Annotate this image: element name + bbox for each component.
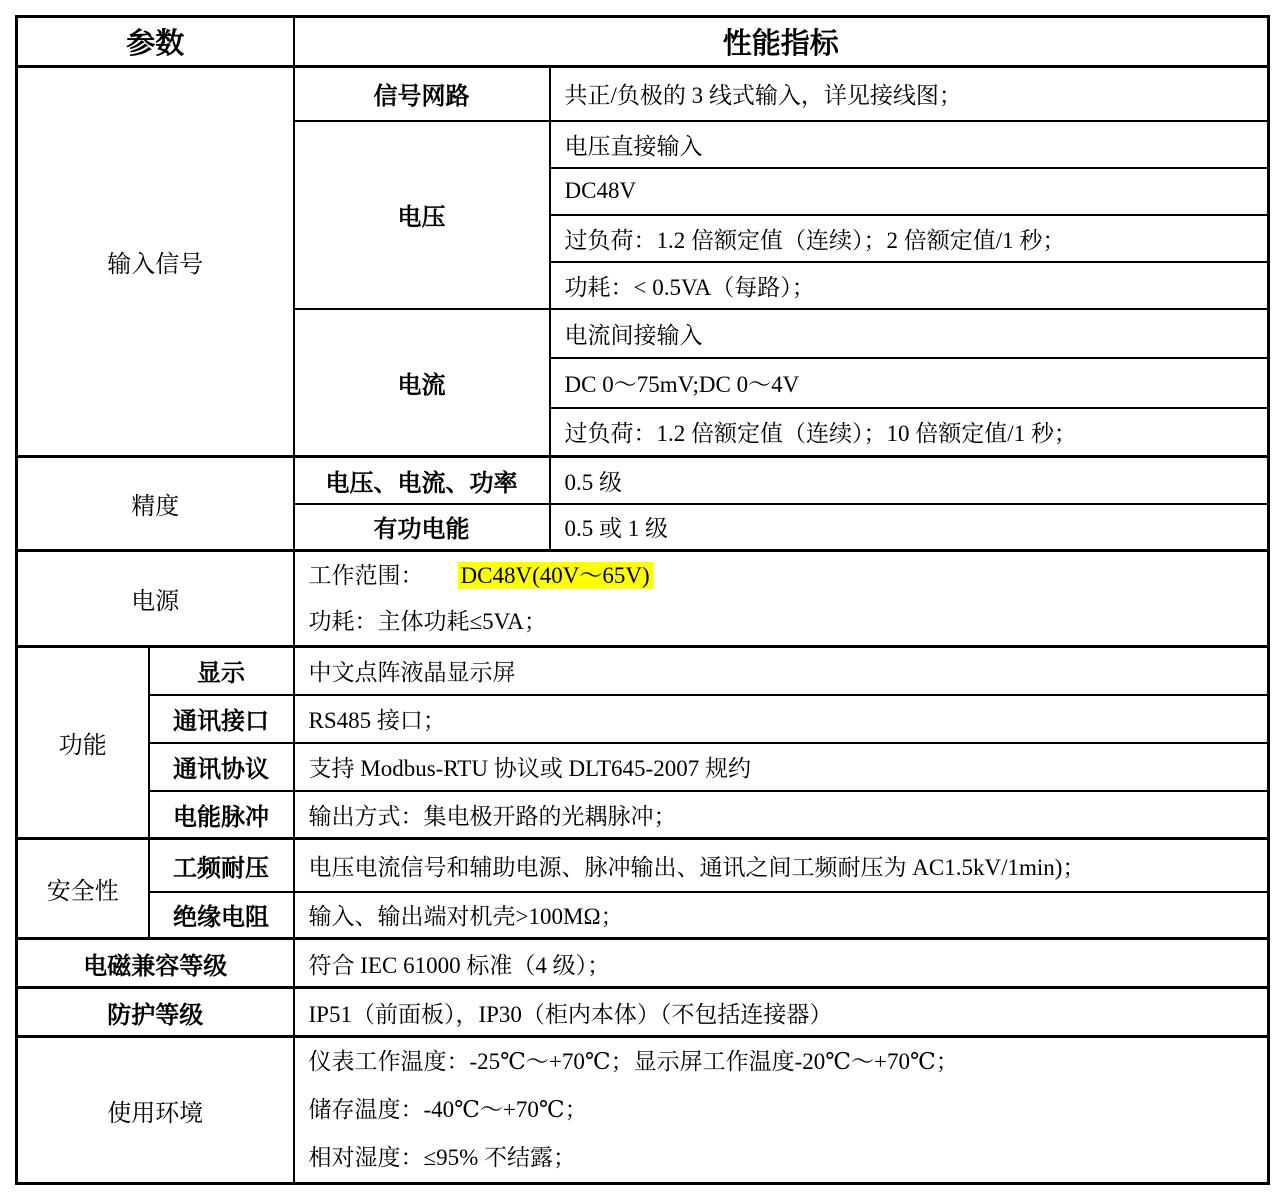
function-pulse-label: 电能脉冲 (149, 791, 294, 839)
function-pulse-value: 输出方式：集电极开路的光耦脉冲； (294, 791, 1269, 839)
function-comm-port-label: 通讯接口 (149, 695, 294, 743)
voltage-row-overload: 过负荷：1.2 倍额定值（连续）；2 倍额定值/1 秒； (550, 215, 1269, 262)
header-perf-cell: 性能指标 (294, 17, 1269, 67)
signal-network-label: 信号网路 (294, 67, 550, 121)
power-range-line: 工作范围：DC48V(40V～65V) (309, 553, 1258, 599)
function-display-label: 显示 (149, 647, 294, 695)
accuracy-row-energy-value: 0.5 或 1 级 (550, 504, 1269, 551)
safety-insulation-value: 输入、输出端对机壳>100MΩ； (294, 892, 1269, 939)
function-label: 功能 (17, 647, 149, 839)
current-row-overload: 过负荷：1.2 倍额定值（连续）；10 倍额定值/1 秒； (550, 408, 1269, 457)
voltage-row-direct-input: 电压直接输入 (550, 121, 1269, 168)
environment-value-cell: 仪表工作温度：-25℃～+70℃；显示屏工作温度-20℃～+70℃； 储存温度：… (294, 1037, 1269, 1184)
environment-line-storage-temp: 储存温度：-40℃～+70℃； (309, 1086, 1258, 1134)
power-range-prefix: 工作范围： (309, 563, 424, 588)
header-param-cell: 参数 (17, 17, 294, 67)
protection-value: IP51（前面板），IP30（柜内本体）（不包括连接器） (294, 988, 1269, 1037)
voltage-row-rating: DC48V (550, 168, 1269, 215)
environment-line-humidity: 相对湿度：≤95% 不结露； (309, 1134, 1258, 1182)
current-row-range: DC 0～75mV;DC 0～4V (550, 358, 1269, 408)
function-protocol-label: 通讯协议 (149, 743, 294, 791)
function-comm-port-value: RS485 接口； (294, 695, 1269, 743)
spec-table: 参数 性能指标 输入信号 信号网路 共正/负极的 3 线式输入，详见接线图； 电… (15, 15, 1270, 1185)
accuracy-label: 精度 (17, 457, 294, 551)
power-value-cell: 工作范围：DC48V(40V～65V) 功耗：主体功耗≤5VA； (294, 551, 1269, 647)
power-consumption-line: 功耗：主体功耗≤5VA； (309, 599, 1258, 645)
protection-label: 防护等级 (17, 988, 294, 1037)
safety-insulation-label: 绝缘电阻 (149, 892, 294, 939)
power-range-highlight: DC48V(40V～65V) (458, 562, 653, 589)
emc-value: 符合 IEC 61000 标准（4 级）； (294, 939, 1269, 988)
safety-withstand-label: 工频耐压 (149, 839, 294, 892)
function-protocol-value: 支持 Modbus-RTU 协议或 DLT645-2007 规约 (294, 743, 1269, 791)
environment-label: 使用环境 (17, 1037, 294, 1184)
voltage-label: 电压 (294, 121, 550, 309)
current-row-indirect-input: 电流间接输入 (550, 309, 1269, 358)
accuracy-row-uip-value: 0.5 级 (550, 457, 1269, 504)
current-label: 电流 (294, 309, 550, 457)
power-label: 电源 (17, 551, 294, 647)
voltage-row-consumption: 功耗：< 0.5VA（每路）； (550, 262, 1269, 309)
accuracy-row-uip-label: 电压、电流、功率 (294, 457, 550, 504)
accuracy-row-energy-label: 有功电能 (294, 504, 550, 551)
input-signal-label: 输入信号 (17, 67, 294, 457)
signal-network-value: 共正/负极的 3 线式输入，详见接线图； (550, 67, 1269, 121)
environment-line-operating-temp: 仪表工作温度：-25℃～+70℃；显示屏工作温度-20℃～+70℃； (309, 1038, 1258, 1086)
emc-label: 电磁兼容等级 (17, 939, 294, 988)
safety-withstand-value: 电压电流信号和辅助电源、脉冲输出、通讯之间工频耐压为 AC1.5kV/1min)… (294, 839, 1269, 892)
function-display-value: 中文点阵液晶显示屏 (294, 647, 1269, 695)
safety-label: 安全性 (17, 839, 149, 939)
